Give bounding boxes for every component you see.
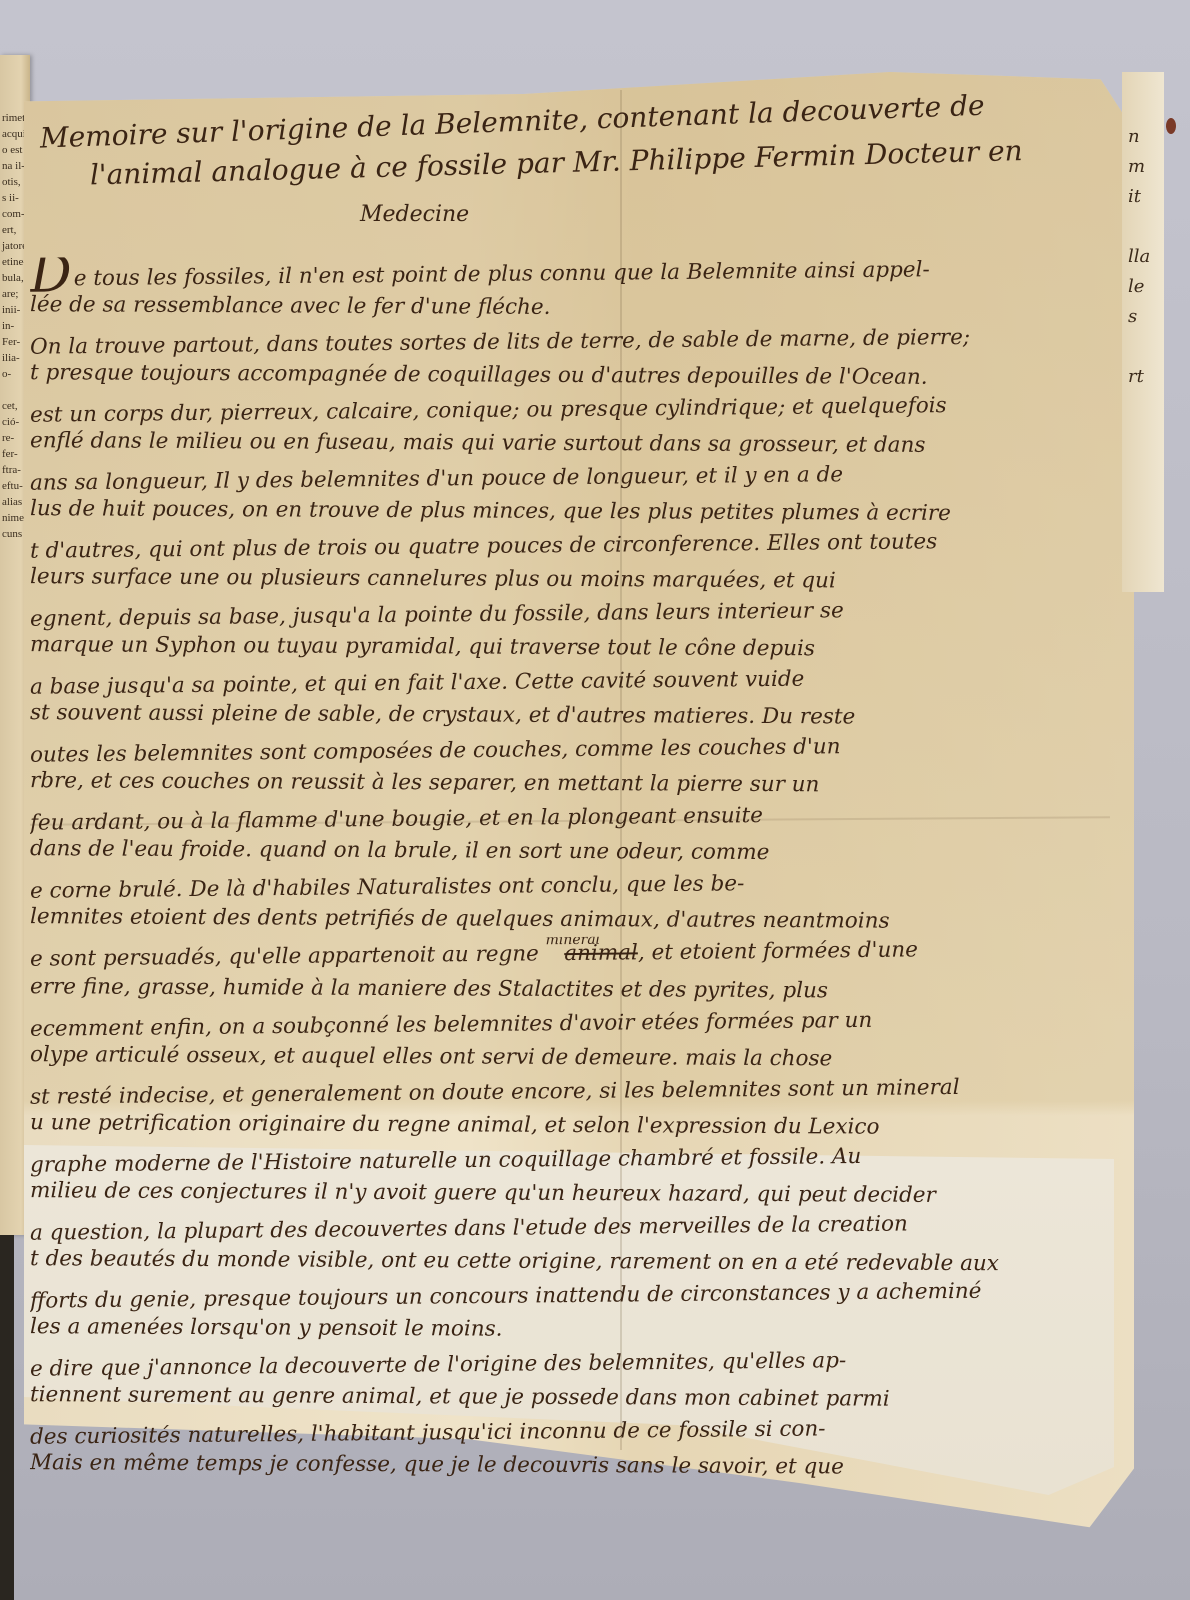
manuscript-line: Mais en même temps je confesse, que je l… [30, 1446, 1120, 1486]
book-spine-shadow [0, 1235, 14, 1600]
adjacent-sheet-edge: nmit llales rt [1122, 72, 1164, 592]
handwritten-fragment: m [1128, 152, 1164, 182]
handwritten-fragment: it [1128, 182, 1164, 212]
handwritten-fragment: le [1128, 272, 1164, 302]
manuscript-body: De tous les fossiles, il n'en est point … [30, 252, 1120, 1483]
title-line-3: Medecine [30, 196, 1120, 234]
handwritten-fragment: rt [1128, 362, 1164, 392]
handwritten-fragment [1128, 212, 1164, 242]
handwritten-fragment: lla [1128, 242, 1164, 272]
wax-seal-fragment [1166, 118, 1176, 134]
handwritten-fragment [1128, 332, 1164, 362]
handwritten-fragment: n [1128, 122, 1164, 152]
manuscript-text: Memoire sur l'origine de la Belemnite, c… [30, 120, 1120, 1483]
handwritten-fragment: s [1128, 302, 1164, 332]
